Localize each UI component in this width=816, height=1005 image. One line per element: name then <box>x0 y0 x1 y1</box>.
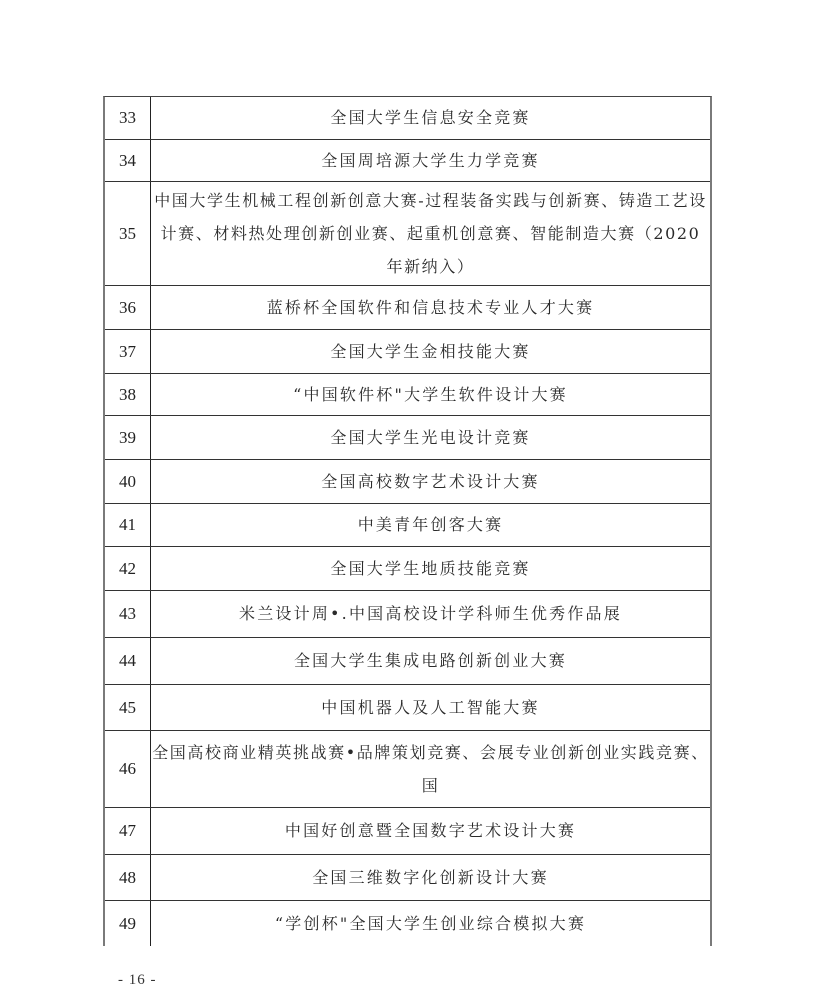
table-row: 46全国高校商业精英挑战赛•品牌策划竞赛、会展专业创新创业实践竞赛、国 <box>105 731 710 808</box>
table-row: 36蓝桥杯全国软件和信息技术专业人才大赛 <box>105 286 710 330</box>
table-row: 45中国机器人及人工智能大赛 <box>105 685 710 731</box>
competition-name: 全国大学生信息安全竞赛 <box>151 97 710 139</box>
table-row: 43米兰设计周•.中国高校设计学科师生优秀作品展 <box>105 591 710 638</box>
competition-table: 33全国大学生信息安全竞赛34全国周培源大学生力学竞赛35中国大学生机械工程创新… <box>103 96 712 946</box>
table-row: 35中国大学生机械工程创新创意大赛-过程装备实践与创新赛、铸造工艺设计赛、材料热… <box>105 182 710 286</box>
competition-name: 全国高校数字艺术设计大赛 <box>151 460 710 503</box>
table-row: 39全国大学生光电设计竞赛 <box>105 416 710 460</box>
page-number: - 16 - <box>118 972 157 989</box>
row-number: 38 <box>105 374 151 415</box>
table-row: 40全国高校数字艺术设计大赛 <box>105 460 710 504</box>
table-row: 37全国大学生金相技能大赛 <box>105 330 710 374</box>
row-number: 36 <box>105 286 151 329</box>
table-row: 44全国大学生集成电路创新创业大赛 <box>105 638 710 685</box>
competition-name: 米兰设计周•.中国高校设计学科师生优秀作品展 <box>151 591 710 637</box>
competition-name: 中国机器人及人工智能大赛 <box>151 685 710 730</box>
row-number: 40 <box>105 460 151 503</box>
table-row: 42全国大学生地质技能竞赛 <box>105 547 710 591</box>
row-number: 33 <box>105 97 151 139</box>
row-number: 34 <box>105 140 151 181</box>
competition-name: 全国大学生集成电路创新创业大赛 <box>151 638 710 684</box>
row-number: 45 <box>105 685 151 730</box>
row-number: 35 <box>105 182 151 285</box>
row-number: 37 <box>105 330 151 373</box>
table-row: 49“学创杯"全国大学生创业综合模拟大赛 <box>105 901 710 946</box>
row-number: 42 <box>105 547 151 590</box>
competition-name: “中国软件杯"大学生软件设计大赛 <box>151 374 710 415</box>
competition-name: 全国大学生光电设计竞赛 <box>151 416 710 459</box>
row-number: 43 <box>105 591 151 637</box>
competition-name: 全国高校商业精英挑战赛•品牌策划竞赛、会展专业创新创业实践竞赛、国 <box>151 731 710 807</box>
row-number: 44 <box>105 638 151 684</box>
table-row: 38“中国软件杯"大学生软件设计大赛 <box>105 374 710 416</box>
competition-name: 全国周培源大学生力学竞赛 <box>151 140 710 181</box>
competition-name: 中国好创意暨全国数字艺术设计大赛 <box>151 808 710 854</box>
table-row: 33全国大学生信息安全竞赛 <box>105 97 710 140</box>
competition-name: 全国大学生金相技能大赛 <box>151 330 710 373</box>
row-number: 49 <box>105 901 151 946</box>
row-number: 48 <box>105 855 151 900</box>
table-row: 34全国周培源大学生力学竞赛 <box>105 140 710 182</box>
document-page: 33全国大学生信息安全竞赛34全国周培源大学生力学竞赛35中国大学生机械工程创新… <box>0 0 816 1005</box>
row-number: 39 <box>105 416 151 459</box>
table-row: 41中美青年创客大赛 <box>105 504 710 547</box>
row-number: 41 <box>105 504 151 546</box>
table-row: 48全国三维数字化创新设计大赛 <box>105 855 710 901</box>
competition-name: 中美青年创客大赛 <box>151 504 710 546</box>
row-number: 47 <box>105 808 151 854</box>
competition-name: 全国大学生地质技能竞赛 <box>151 547 710 590</box>
competition-name: 全国三维数字化创新设计大赛 <box>151 855 710 900</box>
competition-name: 蓝桥杯全国软件和信息技术专业人才大赛 <box>151 286 710 329</box>
competition-name: 中国大学生机械工程创新创意大赛-过程装备实践与创新赛、铸造工艺设计赛、材料热处理… <box>151 182 710 285</box>
competition-name: “学创杯"全国大学生创业综合模拟大赛 <box>151 901 710 946</box>
row-number: 46 <box>105 731 151 807</box>
table-row: 47中国好创意暨全国数字艺术设计大赛 <box>105 808 710 855</box>
